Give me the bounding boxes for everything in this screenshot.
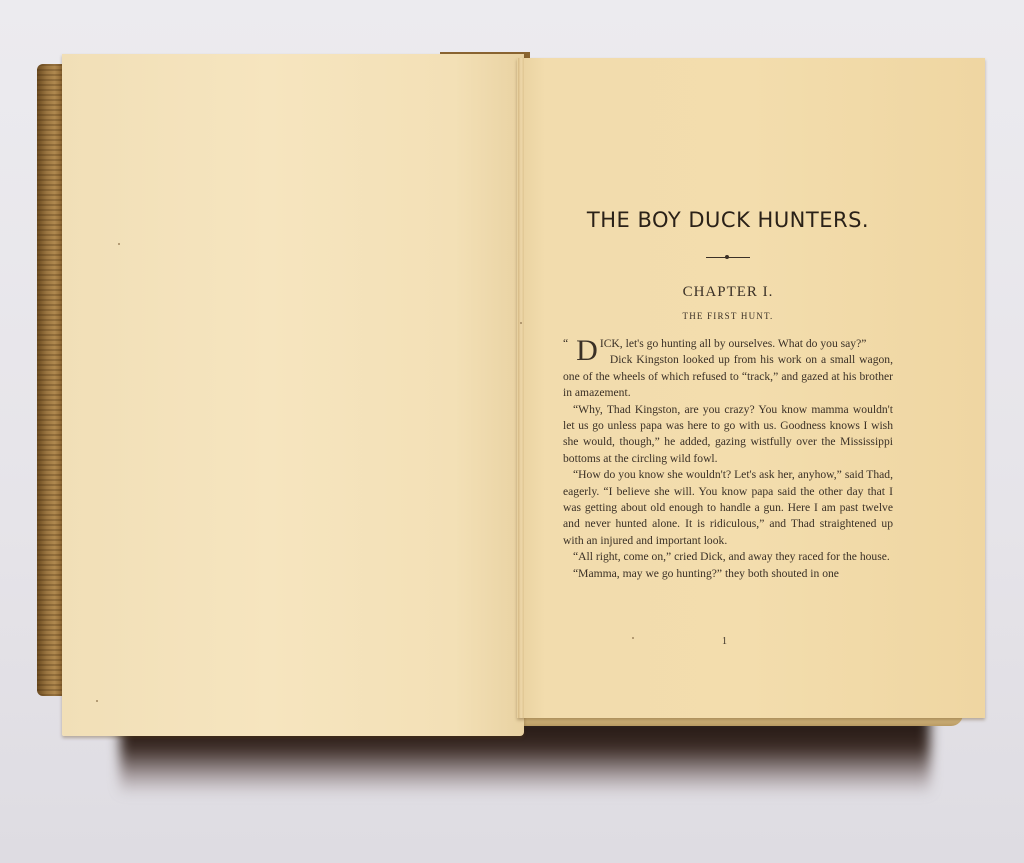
- chapter-body: “DICK, let's go hunting all by ourselves…: [563, 336, 893, 582]
- opening-quote: “: [563, 336, 568, 352]
- paragraph: Dick Kingston looked up from his work on…: [563, 352, 893, 401]
- paragraph: “Why, Thad Kingston, are you crazy? You …: [563, 402, 893, 468]
- paper-speck: [520, 322, 522, 324]
- paragraph: “Mamma, may we go hunting?” they both sh…: [563, 566, 893, 582]
- page-number: 1: [722, 636, 727, 647]
- paragraph: “How do you know she wouldn't? Let's ask…: [563, 467, 893, 549]
- chapter-heading: CHAPTER I.: [563, 282, 893, 302]
- book-title: THE BOY DUCK HUNTERS.: [563, 205, 893, 235]
- book-gutter: [518, 58, 524, 718]
- title-ornament-rule: [706, 257, 750, 258]
- chapter-subtitle: THE FIRST HUNT.: [563, 310, 893, 322]
- paragraph-text: ICK, let's go hunting all by ourselves. …: [600, 337, 867, 350]
- paper-speck: [96, 700, 98, 702]
- page-text-block: THE BOY DUCK HUNTERS. CHAPTER I. THE FIR…: [563, 205, 893, 582]
- paper-speck: [632, 637, 634, 639]
- drop-cap: D: [576, 338, 598, 364]
- paper-speck: [118, 243, 120, 245]
- paragraph: “DICK, let's go hunting all by ourselves…: [563, 336, 893, 352]
- paragraph: “All right, come on,” cried Dick, and aw…: [563, 549, 893, 565]
- left-page-blank: [62, 54, 524, 736]
